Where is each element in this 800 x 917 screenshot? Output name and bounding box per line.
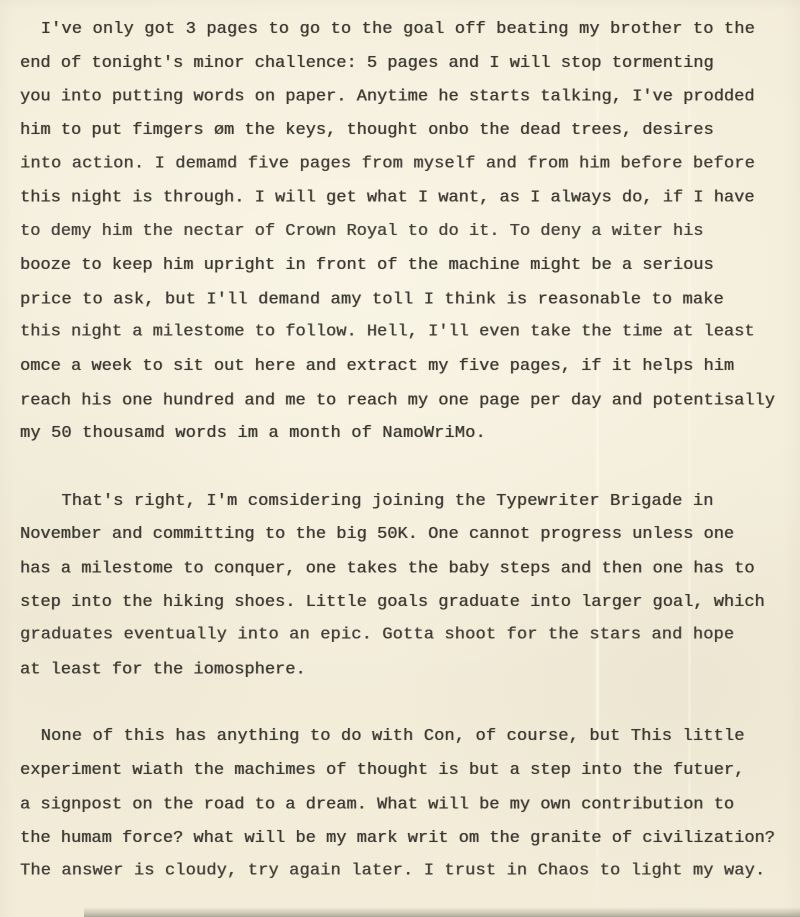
text-line: graduates eventually into an epic. Gotta… [20,619,796,653]
text-line: end of tonight's minor challence: 5 page… [20,47,796,81]
text-line: None of this has anything to do with Con… [20,720,796,754]
text-line: a signpost on the road to a dream. What … [20,788,796,822]
text-line: to demy him the nectar of Crown Royal to… [20,215,796,249]
paragraph: None of this has anything to do with Con… [20,720,796,888]
text-line: the humam force? what will be my mark wr… [20,822,796,856]
text-line: November and committing to the big 50K. … [20,518,796,552]
text-line: into action. I demamd five pages from my… [20,147,796,181]
text-line: you into putting words on paper. Anytime… [20,81,796,115]
text-line: reach his one hundred and me to reach my… [20,384,796,418]
paragraph: I've only got 3 pages to go to the goal … [20,13,796,451]
text-line: step into the hiking shoes. Little goals… [20,586,796,620]
text-line: price to ask, but I'll demand amy toll I… [20,283,796,317]
text-line: booze to keep him upright in front of th… [20,249,796,283]
text-line: this night is through. I will get what I… [20,182,796,216]
text-line: omce a week to sit out here and extract … [20,350,796,384]
text-line: has a milestome to conquer, one takes th… [20,553,796,587]
text-line: him to put fimgers øm the keys, thought … [20,114,796,148]
document-text: I've only got 3 pages to go to the goal … [20,13,796,917]
text-line: experiment wiath the machimes of thought… [20,754,796,788]
typewritten-page: I've only got 3 pages to go to the goal … [0,0,800,917]
text-line: this night a milestome to follow. Hell, … [20,316,796,350]
paragraph: That's right, I'm comsidering joining th… [20,485,796,687]
text-line: That's right, I'm comsidering joining th… [20,485,796,519]
text-line: my 50 thousamd words im a month of NamoW… [20,417,796,451]
text-line: at least for the iomosphere. [20,654,796,688]
text-line: I've only got 3 pages to go to the goal … [20,13,796,47]
text-line: The answer is cloudy, try again later. I… [20,855,796,889]
